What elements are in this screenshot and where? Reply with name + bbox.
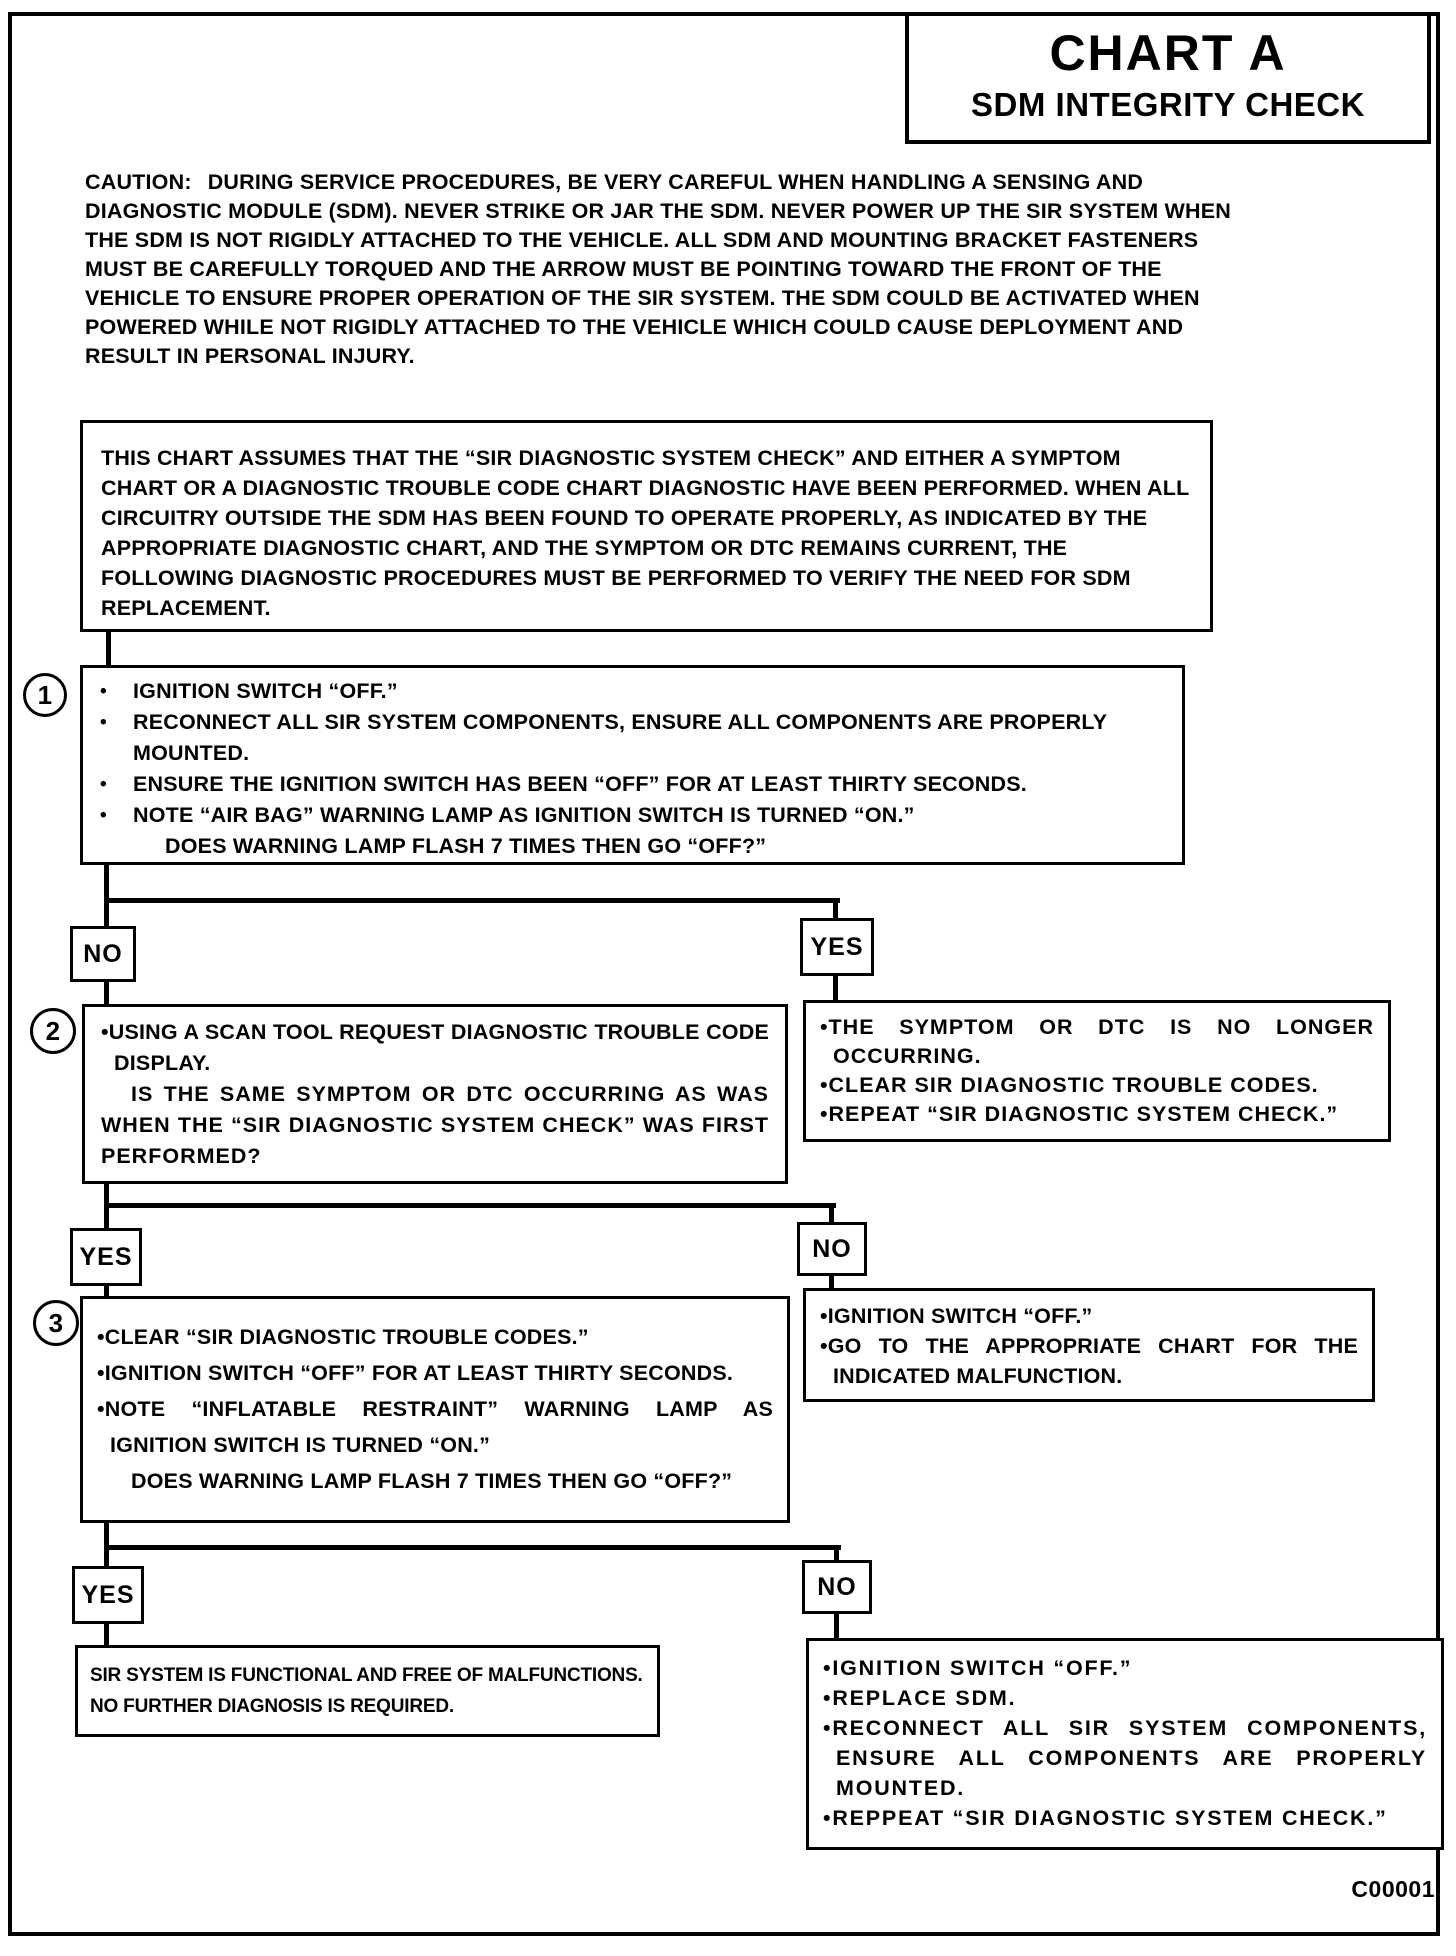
bullet-text: CLEAR SIR DIAGNOSTIC TROUBLE CODES. — [829, 1073, 1319, 1097]
bullet-item: •ENSURE THE IGNITION SWITCH HAS BEEN “OF… — [83, 769, 1182, 800]
bullet-text: NOTE “AIR BAG” WARNING LAMP AS IGNITION … — [133, 800, 1136, 831]
decision-step1-no-label: NO — [83, 940, 123, 969]
bullet-text: IGNITION SWITCH “OFF.” — [133, 676, 1136, 707]
bullet-item: •IGNITION SWITCH “OFF.” — [823, 1653, 1427, 1683]
step1-question: DOES WARNING LAMP FLASH 7 TIMES THEN GO … — [165, 831, 1182, 862]
step1-bullet-list: •IGNITION SWITCH “OFF.”•RECONNECT ALL SI… — [83, 676, 1182, 831]
result-replace-sdm-box: •IGNITION SWITCH “OFF.”•REPLACE SDM.•REC… — [806, 1638, 1444, 1850]
decision-step2-yes-label: YES — [79, 1243, 132, 1272]
bullet-item: •REPLACE SDM. — [823, 1683, 1427, 1713]
bullet-item: •REPPEAT “SIR DIAGNOSTIC SYSTEM CHECK.” — [823, 1803, 1427, 1833]
result-other-malfunction-list: •IGNITION SWITCH “OFF.”•GO TO THE APPROP… — [806, 1291, 1372, 1401]
connector-yes1-to-result — [833, 974, 838, 1002]
bullet-item: •CLEAR “SIR DIAGNOSTIC TROUBLE CODES.” — [97, 1319, 773, 1355]
bullet-icon: • — [100, 800, 133, 831]
result-symptom-gone-box: •THE SYMPTOM OR DTC IS NO LONGER OCCURRI… — [803, 1000, 1391, 1142]
bullet-item: •IGNITION SWITCH “OFF.” — [83, 676, 1182, 707]
intro-box: THIS CHART ASSUMES THAT THE “SIR DIAGNOS… — [80, 420, 1213, 632]
bullet-text: REPLACE SDM. — [832, 1686, 1016, 1710]
bullet-item: •NOTE “INFLATABLE RESTRAINT” WARNING LAM… — [97, 1391, 773, 1463]
bullet-icon: • — [100, 676, 133, 707]
bullet-icon: • — [820, 1334, 828, 1358]
bullet-item: •REPEAT “SIR DIAGNOSTIC SYSTEM CHECK.” — [820, 1100, 1374, 1129]
bullet-item: •NOTE “AIR BAG” WARNING LAMP AS IGNITION… — [83, 800, 1182, 831]
connector-no3-to-result — [834, 1612, 839, 1640]
step3-number: 3 — [49, 1308, 64, 1339]
bullet-text: REPEAT “SIR DIAGNOSTIC SYSTEM CHECK.” — [829, 1102, 1339, 1126]
bullet-text: ENSURE THE IGNITION SWITCH HAS BEEN “OFF… — [133, 769, 1136, 800]
bullet-item: •RECONNECT ALL SIR SYSTEM COMPONENTS, EN… — [83, 707, 1182, 769]
step1-number-badge: 1 — [23, 673, 67, 717]
bullet-item: •IGNITION SWITCH “OFF” FOR AT LEAST THIR… — [97, 1355, 773, 1391]
bullet-icon: • — [823, 1806, 832, 1830]
decision-step3-no: NO — [802, 1560, 872, 1614]
step2-number: 2 — [46, 1016, 61, 1047]
bullet-item: •RECONNECT ALL SIR SYSTEM COMPONENTS, EN… — [823, 1713, 1427, 1803]
step3-number-badge: 3 — [33, 1300, 79, 1346]
connector-intro-to-step1 — [106, 632, 111, 666]
bullet-text: IGNITION SWITCH “OFF.” — [832, 1656, 1132, 1680]
bullet-icon: • — [100, 707, 133, 769]
decision-step3-yes-label: YES — [81, 1581, 134, 1610]
decision-step1-yes-label: YES — [810, 933, 863, 962]
bullet-item: •THE SYMPTOM OR DTC IS NO LONGER OCCURRI… — [820, 1013, 1374, 1071]
bullet-text: THE SYMPTOM OR DTC IS NO LONGER OCCURRIN… — [829, 1015, 1374, 1068]
decision-step3-yes: YES — [72, 1566, 144, 1624]
chart-title-box: CHART A SDM INTEGRITY CHECK — [905, 12, 1431, 144]
result-replace-sdm-list: •IGNITION SWITCH “OFF.”•REPLACE SDM.•REC… — [809, 1641, 1441, 1845]
bullet-text: CLEAR “SIR DIAGNOSTIC TROUBLE CODES.” — [105, 1325, 589, 1349]
connector-step2-horizontal — [104, 1203, 836, 1208]
bullet-item: •USING A SCAN TOOL REQUEST DIAGNOSTIC TR… — [101, 1017, 769, 1079]
service-manual-page: CHART A SDM INTEGRITY CHECK CAUTION:DURI… — [0, 0, 1456, 1956]
caution-text: DURING SERVICE PROCEDURES, BE VERY CAREF… — [85, 170, 1231, 368]
chart-title: CHART A — [909, 24, 1427, 82]
bullet-icon: • — [823, 1686, 832, 1710]
decision-step1-no: NO — [70, 926, 136, 982]
caution-label: CAUTION: — [85, 170, 192, 194]
result-system-ok-box: SIR SYSTEM IS FUNCTIONAL AND FREE OF MAL… — [75, 1645, 660, 1737]
decision-step2-yes: YES — [70, 1228, 142, 1286]
connector-step1-down — [104, 860, 109, 930]
connector-step2-to-no2 — [829, 1203, 834, 1224]
step2-box: •USING A SCAN TOOL REQUEST DIAGNOSTIC TR… — [82, 1004, 788, 1184]
bullet-text: RECONNECT ALL SIR SYSTEM COMPONENTS, ENS… — [133, 707, 1136, 769]
bullet-icon: • — [97, 1361, 105, 1385]
bullet-icon: • — [97, 1397, 105, 1421]
bullet-icon: • — [823, 1716, 832, 1740]
decision-step3-no-label: NO — [817, 1573, 857, 1602]
step3-box: •CLEAR “SIR DIAGNOSTIC TROUBLE CODES.”•I… — [80, 1296, 790, 1523]
decision-step2-no-label: NO — [812, 1235, 852, 1264]
decision-step2-no: NO — [797, 1222, 867, 1276]
chart-subtitle: SDM INTEGRITY CHECK — [909, 86, 1427, 124]
bullet-icon: • — [97, 1325, 105, 1349]
step3-bullet-list: •CLEAR “SIR DIAGNOSTIC TROUBLE CODES.”•I… — [97, 1319, 773, 1463]
bullet-item: •GO TO THE APPROPRIATE CHART FOR THE IND… — [820, 1331, 1358, 1391]
caution-note: CAUTION:DURING SERVICE PROCEDURES, BE VE… — [85, 168, 1255, 371]
decision-step1-yes: YES — [800, 918, 874, 976]
bullet-icon: • — [820, 1102, 829, 1126]
result-system-ok-text: SIR SYSTEM IS FUNCTIONAL AND FREE OF MAL… — [78, 1648, 657, 1734]
step2-bullet-list: •USING A SCAN TOOL REQUEST DIAGNOSTIC TR… — [101, 1017, 769, 1079]
step3-question: DOES WARNING LAMP FLASH 7 TIMES THEN GO … — [97, 1463, 773, 1499]
bullet-item: •IGNITION SWITCH “OFF.” — [820, 1301, 1358, 1331]
step1-box: •IGNITION SWITCH “OFF.”•RECONNECT ALL SI… — [80, 665, 1185, 865]
bullet-text: USING A SCAN TOOL REQUEST DIAGNOSTIC TRO… — [109, 1020, 769, 1075]
bullet-icon: • — [820, 1073, 829, 1097]
result-other-malfunction-box: •IGNITION SWITCH “OFF.”•GO TO THE APPROP… — [803, 1288, 1375, 1402]
bullet-icon: • — [820, 1015, 829, 1039]
bullet-icon: • — [820, 1304, 828, 1328]
intro-text: THIS CHART ASSUMES THAT THE “SIR DIAGNOS… — [83, 423, 1210, 643]
bullet-icon: • — [101, 1020, 109, 1044]
bullet-text: REPPEAT “SIR DIAGNOSTIC SYSTEM CHECK.” — [832, 1806, 1387, 1830]
connector-no1-to-step2 — [104, 980, 109, 1006]
connector-step3-horizontal — [104, 1545, 841, 1550]
bullet-icon: • — [100, 769, 133, 800]
connector-yes3-to-result — [104, 1622, 109, 1647]
step1-number: 1 — [38, 680, 53, 711]
bullet-text: GO TO THE APPROPRIATE CHART FOR THE INDI… — [828, 1334, 1358, 1388]
bullet-text: RECONNECT ALL SIR SYSTEM COMPONENTS, ENS… — [832, 1716, 1427, 1800]
bullet-text: NOTE “INFLATABLE RESTRAINT” WARNING LAMP… — [105, 1397, 773, 1457]
connector-step1-horizontal — [104, 898, 840, 903]
result-symptom-gone-list: •THE SYMPTOM OR DTC IS NO LONGER OCCURRI… — [806, 1003, 1388, 1139]
bullet-text: IGNITION SWITCH “OFF” FOR AT LEAST THIRT… — [105, 1361, 733, 1385]
figure-code: C00001 — [1240, 1876, 1435, 1903]
step2-number-badge: 2 — [30, 1008, 76, 1054]
bullet-text: IGNITION SWITCH “OFF.” — [828, 1304, 1093, 1328]
step2-question: IS THE SAME SYMPTOM OR DTC OCCURRING AS … — [101, 1079, 769, 1172]
bullet-item: •CLEAR SIR DIAGNOSTIC TROUBLE CODES. — [820, 1071, 1374, 1100]
bullet-icon: • — [823, 1656, 832, 1680]
